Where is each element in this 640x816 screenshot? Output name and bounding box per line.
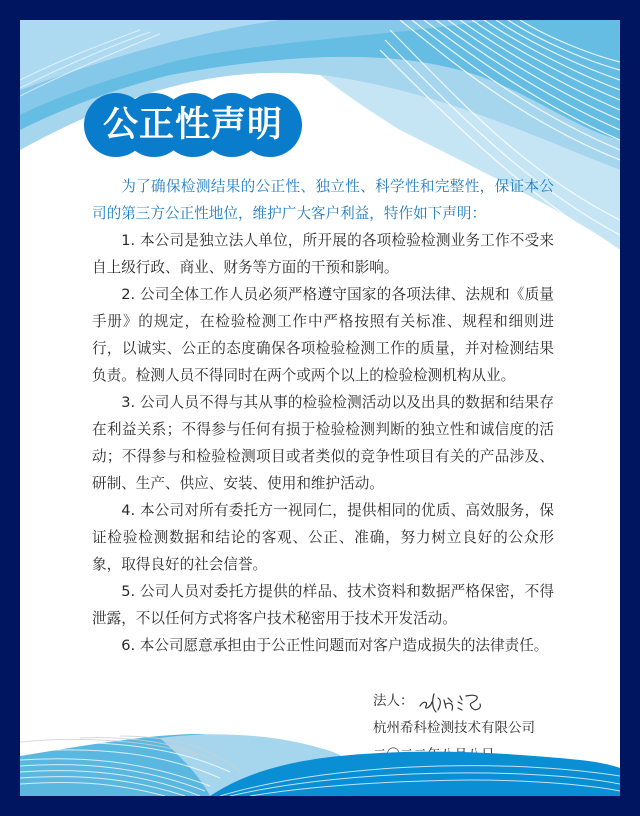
signature-date: 二〇二二年八月八日: [373, 742, 535, 769]
clause-6: 6. 本公司愿意承担由于公正性问题而对客户造成损失的法律责任。: [92, 632, 554, 659]
company-name: 杭州希科检测技术有限公司: [373, 715, 535, 742]
clause-2: 2. 公司全体工作人员必须严格遵守国家的各项法律、法规和《质量手册》的规定，在检…: [92, 281, 554, 389]
legal-person-label: 法人：: [373, 688, 414, 715]
legal-person-line: 法人：: [373, 688, 535, 715]
clause-1: 1. 本公司是独立法人单位，所开展的各项检验检测业务工作不受来自上级行政、商业、…: [92, 227, 554, 281]
title-badge: 公正性声明: [84, 93, 302, 157]
page-title: 公正性声明: [84, 93, 302, 157]
clause-5: 5. 公司人员对委托方提供的样品、技术资料和数据严格保密，不得泄露，不以任何方式…: [92, 578, 554, 632]
statement-page: 公正性声明 为了确保检测结果的公正性、独立性、科学性和完整性，保证本公司的第三方…: [20, 20, 620, 796]
handwritten-signature-icon: [418, 690, 488, 714]
clause-4: 4. 本公司对所有委托方一视同仁，提供相同的优质、高效服务，保证检验检测数据和结…: [92, 497, 554, 578]
statement-body: 为了确保检测结果的公正性、独立性、科学性和完整性，保证本公司的第三方公正性地位，…: [92, 173, 554, 659]
intro-paragraph: 为了确保检测结果的公正性、独立性、科学性和完整性，保证本公司的第三方公正性地位，…: [92, 173, 554, 227]
clause-3: 3. 公司人员不得与其从事的检验检测活动以及出具的数据和结果存在利益关系；不得参…: [92, 389, 554, 497]
signature-block: 法人： 杭州希科检测技术有限公司 二〇二二年八月八日: [373, 688, 535, 769]
